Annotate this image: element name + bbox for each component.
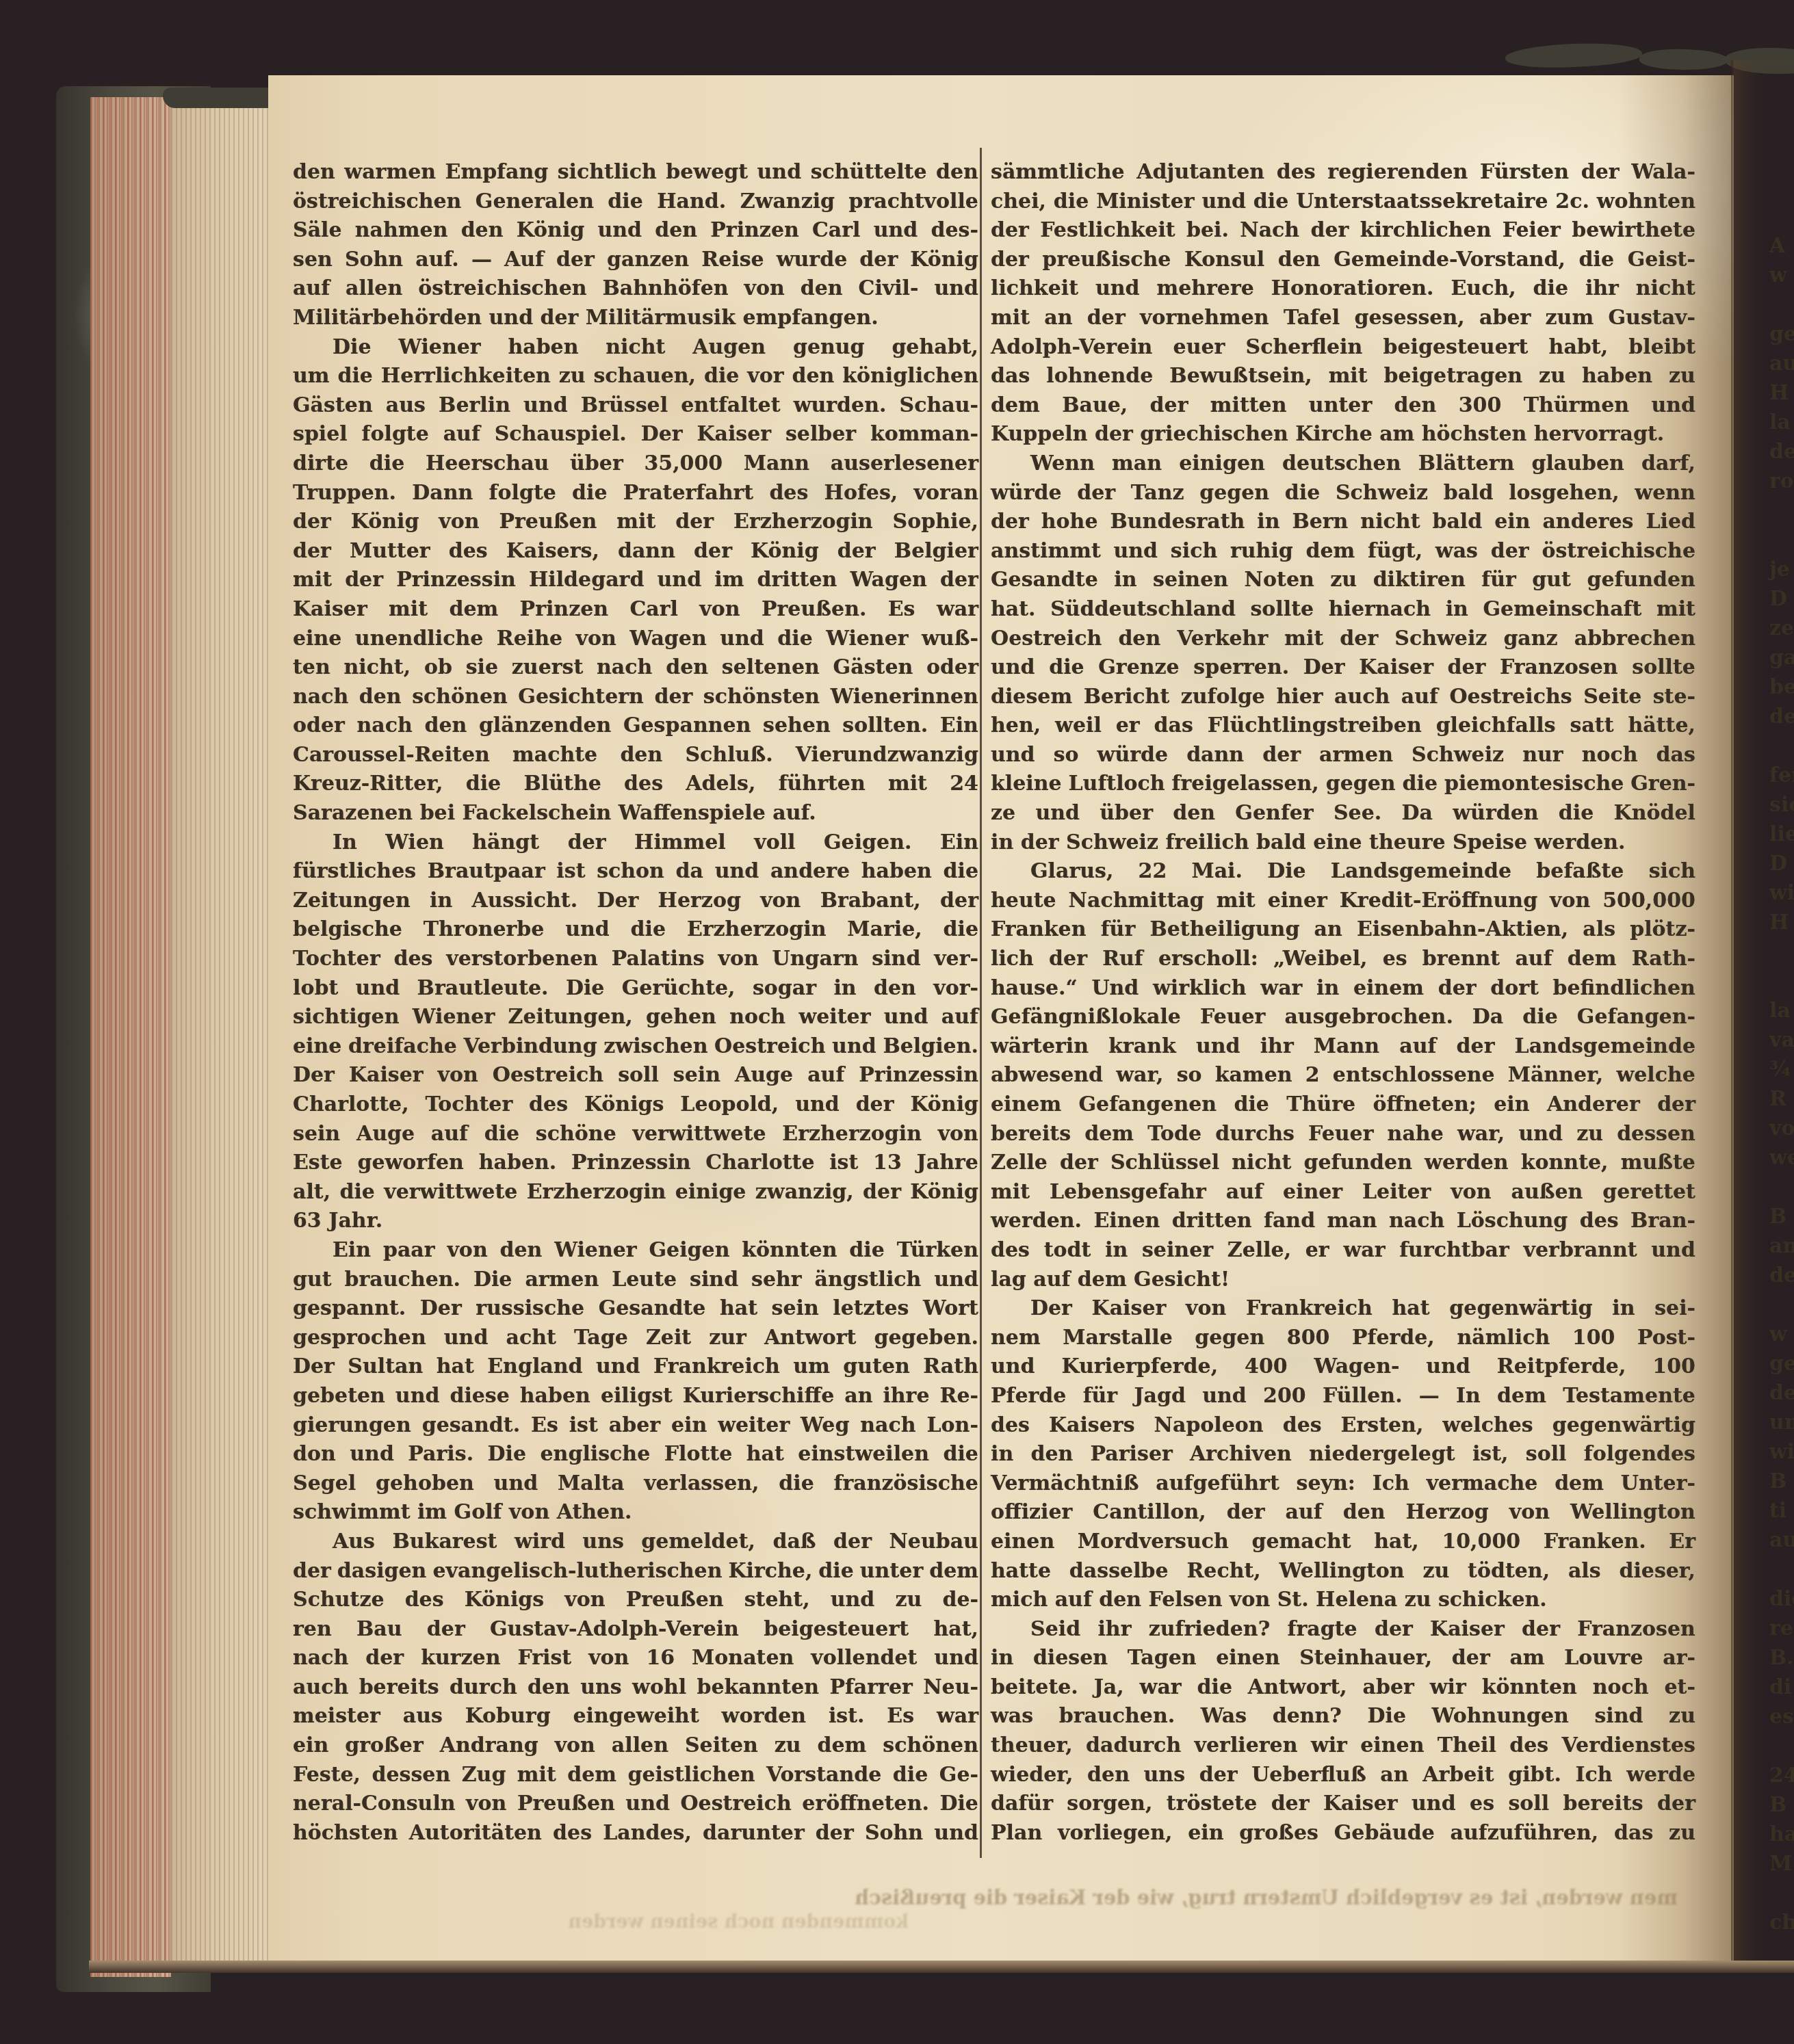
text-line: Truppen.DannfolgtediePraterfahrtdesHofes…	[293, 479, 978, 508]
text-line: gesprochenundachtTageZeitzurAntwortgegeb…	[293, 1324, 978, 1353]
text-line: umdieHerrlichkeitenzuschauen,dievordenkö…	[293, 362, 978, 391]
text-line: Estegeworfenhaben.PrinzessinCharlotteist…	[293, 1149, 978, 1178]
text-line: OestreichdenVerkehrmitderSchweizganzabbr…	[991, 625, 1695, 654]
text-line: indiesenTageneinenSteinhauer,deramLouvre…	[991, 1644, 1695, 1673]
next-page-line-fragment: D	[1769, 849, 1794, 878]
text-line: odernachdenglänzendenGespannensehensollt…	[293, 711, 978, 741]
text-line: TochterdesverstorbenenPalatinsvonUngarns…	[293, 945, 978, 974]
text-line: in der Schweiz freilich bald eine theure…	[991, 828, 1695, 858]
text-line: derMutterdesKaisers,dannderKönigderBelgi…	[293, 537, 978, 566]
next-page-line-fragment: M	[1769, 1849, 1794, 1878]
text-line: PferdefürJagdund200Füllen.—IndemTestamen…	[991, 1382, 1695, 1411]
next-page-line-fragment: H	[1769, 908, 1794, 937]
next-page-line-fragment: wi	[1769, 878, 1794, 908]
next-page-line-fragment: w	[1769, 1320, 1794, 1349]
next-page-line-fragment: de	[1769, 702, 1794, 731]
text-line: GästenausBerlinundBrüsselentfaltetwurden…	[293, 391, 978, 421]
cover-torn-edge	[1639, 48, 1729, 72]
next-page-line-fragment: vo	[1769, 1114, 1794, 1143]
text-line: höchstenAutoritätendesLandes,darunterder…	[293, 1819, 978, 1848]
text-line: nachdenschönenGesichternderschönstenWien…	[293, 683, 978, 712]
next-page-line-fragment	[1769, 1878, 1794, 1908]
text-line: Feste,dessenZugmitdemgeistlichenVorstand…	[293, 1761, 978, 1790]
next-page-line-fragment: au	[1769, 349, 1794, 378]
text-line: beitete.Ja,wardieAntwort,aberwirkönntenn…	[991, 1673, 1695, 1703]
text-line: EinpaarvondenWienerGeigenkönntendieTürke…	[293, 1236, 978, 1266]
next-page-line-fragment: la	[1769, 408, 1794, 437]
text-line: Caroussel-ReitenmachtedenSchluß.Vierundz…	[293, 741, 978, 770]
next-page-line-fragment	[1769, 937, 1794, 967]
text-line: Glarus,22Mai.DieLandsgemeindebefaßtesich	[991, 857, 1695, 887]
text-line: hat.SüddeutschlandsolltehiernachinGemein…	[991, 595, 1695, 625]
next-page-line-fragment: be	[1769, 672, 1794, 702]
next-page-line-fragment: di	[1769, 1673, 1794, 1702]
text-line: 63 Jahr.	[293, 1207, 978, 1236]
text-line: gutbrauchen.DiearmenLeutesindsehrängstli…	[293, 1266, 978, 1295]
text-line: InWienhängtderHimmelvollGeigen.Ein	[293, 828, 978, 858]
text-line: mitderPrinzessinHildegardundimdrittenWag…	[293, 566, 978, 595]
next-page-line-fragment: de	[1769, 1378, 1794, 1408]
text-line: einemGefangenendieThüreöffneten;einAnder…	[991, 1090, 1695, 1120]
next-page-line-fragment: 24	[1769, 1761, 1794, 1790]
next-page-line-fragment: B.	[1769, 1643, 1794, 1673]
next-page-line-fragment	[1769, 1290, 1794, 1320]
text-line: daslohnendeBewußtsein,mitbeigetragenzuha…	[991, 362, 1695, 391]
text-line: fürstlichesBrautpaaristschondaundandereh…	[293, 857, 978, 887]
next-page-line-fragment	[1769, 731, 1794, 761]
text-line: derpreußischeKonsuldenGemeinde-Vorstand,…	[991, 246, 1695, 275]
text-line: meisterausKoburgeingeweihtwordenist.Eswa…	[293, 1702, 978, 1731]
text-line: Seidihrzufrieden?fragtederKaiserderFranz…	[991, 1615, 1695, 1645]
next-page-line-fragment: B	[1769, 1790, 1794, 1820]
text-line: diesemBerichtzufolgehierauchaufOestreich…	[991, 683, 1695, 712]
next-page-line-fragment: ¾	[1769, 1055, 1794, 1084]
next-page-line-fragment: ro	[1769, 467, 1794, 496]
text-line: KaisermitdemPrinzenCarlvonPreußen.Eswar	[293, 595, 978, 625]
page-fore-edges-cream	[171, 104, 271, 1973]
next-page-line-fragment: A	[1769, 231, 1794, 261]
text-line: DerSultanhatEnglandundFrankreichumgutenR…	[293, 1352, 978, 1382]
text-line: derhoheBundesrathinBernnichtbaldeinander…	[991, 508, 1695, 537]
text-line: tennicht,obsiezuerstnachdenseltenenGäste…	[293, 653, 978, 683]
text-line: sämmtlicheAdjutantendesregierendenFürste…	[991, 158, 1695, 187]
text-line: eingroßerAndrangvonallenSeitenzudemschön…	[293, 1731, 978, 1761]
next-page-line-fragment: es	[1769, 1702, 1794, 1731]
text-line: einedreifacheVerbindungzwischenOestreich…	[293, 1032, 978, 1062]
text-line: heuteNachmittagmiteinerKredit-Eröffnungv…	[991, 887, 1695, 916]
text-line: Sarazenen bei Fackelschein Waffenspiele …	[293, 799, 978, 828]
next-page-line-fragment: w	[1769, 261, 1794, 290]
page-bottom-edge	[89, 1961, 1794, 1973]
next-page-line-fragment: lie	[1769, 820, 1794, 849]
next-page-line-fragment: au	[1769, 1525, 1794, 1555]
text-column-left: denwarmenEmpfangsichtlichbewegtundschütt…	[293, 158, 978, 1848]
next-page-line-fragment: B	[1769, 1467, 1794, 1496]
next-page-line-fragment: we	[1769, 1143, 1794, 1172]
text-line: einenMordversuchgemachthat,10,000Franken…	[991, 1528, 1695, 1557]
text-line: renBauderGustav-Adolph-Vereinbeigesteuer…	[293, 1615, 978, 1645]
text-line: FrankenfürBetheiligunganEisenbahn-Aktien…	[991, 915, 1695, 945]
text-line: gebetenunddiesehabeneiligstKurierschiffe…	[293, 1382, 978, 1411]
next-page-line-fragment	[1769, 1172, 1794, 1202]
next-page-line-fragment: ge	[1769, 1349, 1794, 1378]
next-page-line-fragment: ze	[1769, 614, 1794, 643]
text-line: ZellederSchlüsselnichtgefundenwerdenkonn…	[991, 1149, 1695, 1178]
text-line: spielfolgteaufSchauspiel.DerKaiserselber…	[293, 420, 978, 449]
book-scan: denwarmenEmpfangsichtlichbewegtundschütt…	[0, 0, 1794, 2044]
text-line: dirtedieHeerschauüber35,000Mannauserlese…	[293, 449, 978, 479]
next-page-line-fragment: die	[1769, 1584, 1794, 1614]
text-line: hause.“Undwirklichwarineinemderdortbefin…	[991, 974, 1695, 1004]
text-line: eineunendlicheReihevonWagenunddieWienerw…	[293, 625, 978, 654]
text-line: hattedasselbeRecht,Wellingtonzutödten,al…	[991, 1557, 1695, 1586]
showthrough-text-faint: kommenden noch seinen werden	[293, 1909, 909, 1936]
text-line: seinAugeaufdieschöneverwittweteErzherzog…	[293, 1120, 978, 1149]
next-page-line-fragment: ga	[1769, 643, 1794, 672]
text-line: Planvorliegen,eingroßesGebäudeaufzuführe…	[991, 1819, 1695, 1848]
next-page-line-fragment	[1769, 290, 1794, 319]
text-line: lichkeitundmehrereHonoratioren.Euch,diei…	[991, 274, 1695, 304]
text-line: GefängnißlokaleFeuerausgebrochen.DadieGe…	[991, 1003, 1695, 1032]
text-line: AusBukarestwirdunsgemeldet,daßderNeubau	[293, 1528, 978, 1557]
text-line: desKaisersNapoleondesErsten,welchesgegen…	[991, 1411, 1695, 1441]
next-page-line-fragment: ch	[1769, 1908, 1794, 1937]
text-line: offizierCantillon,deraufdenHerzogvonWell…	[991, 1498, 1695, 1528]
next-page-line-fragments: AwgeauHladerojeDzegabedefersiclieDwiHlav…	[1769, 231, 1794, 1937]
cover-torn-edge	[1505, 40, 1643, 70]
text-line: SälenahmendenKönigunddenPrinzenCarlundde…	[293, 216, 978, 246]
text-line: auchbereitsdurchdenunswohlbekanntenPfarr…	[293, 1673, 978, 1703]
text-line: Militärbehörden und der Militärmusik emp…	[293, 304, 978, 333]
text-line: dafürsorgen,tröstetederKaiserundessollbe…	[991, 1790, 1695, 1819]
text-line: nemMarstallegegen800Pferde,nämlich100Pos…	[991, 1324, 1695, 1353]
text-line: kleineLuftlochfreigelassen,gegendiepiemo…	[991, 770, 1695, 799]
text-line: demBaue,dermittenunterden300Thürmenund	[991, 391, 1695, 421]
next-page-line-fragment: ge	[1769, 319, 1794, 349]
text-line: zeundüberdenGenferSee.DawürdendieKnödel	[991, 799, 1695, 828]
text-line: wasbrauchen.Wasdenn?DieWohnungensindzu	[991, 1702, 1695, 1731]
next-page-line-fragment: de	[1769, 1261, 1794, 1290]
next-page-line-fragment: la	[1769, 996, 1794, 1025]
next-page-line-fragment: ti	[1769, 1496, 1794, 1525]
next-page-line-fragment: sic	[1769, 790, 1794, 820]
text-line: WennmaneinigendeutschenBlätternglaubenda…	[991, 449, 1695, 479]
text-line: hen,weilerdasFlüchtlingstreibengleichfal…	[991, 711, 1695, 741]
next-page-line-fragment	[1769, 1731, 1794, 1761]
text-line: neral-ConsulnvonPreußenundOestreicheröff…	[293, 1790, 978, 1819]
text-line: denwarmenEmpfangsichtlichbewegtundschütt…	[293, 158, 978, 187]
text-line: undsowürdedannderarmenSchweiznurnochdas	[991, 741, 1695, 770]
text-line: mitandervornehmenTafelgesessen,aberzumGu…	[991, 304, 1695, 333]
next-page-line-fragment: je	[1769, 555, 1794, 584]
text-line: Kuppeln der griechischen Kirche am höchs…	[991, 420, 1695, 449]
text-line: DerKaiservonFrankreichhatgegenwärtiginse…	[991, 1294, 1695, 1324]
text-line: derdasigenevangelisch-lutherischenKirche…	[293, 1557, 978, 1586]
next-page-line-fragment: wi	[1769, 1437, 1794, 1467]
text-line: destodtinseinerZelle,erwarfurchtbarverbr…	[991, 1236, 1695, 1266]
text-line: anstimmtundsichruhigdemfügt,wasderöstrei…	[991, 537, 1695, 566]
text-line: GesandteinseinenNotenzudiktirenfürgutgef…	[991, 566, 1695, 595]
next-page-line-fragment: R	[1769, 1084, 1794, 1114]
next-page-line-fragment	[1769, 967, 1794, 996]
text-line: undKurierpferde,400Wagen-undReitpferde,1…	[991, 1352, 1695, 1382]
text-line: derFestlichkeitbei.NachderkirchlichenFei…	[991, 216, 1695, 246]
next-page-line-fragment: va	[1769, 1025, 1794, 1055]
text-line: theuer,dadurchverlierenwireinenTheildesV…	[991, 1731, 1695, 1761]
text-line: donundParis.DieenglischeFlottehateinstwe…	[293, 1440, 978, 1469]
text-line: SchutzedesKönigsvonPreußensteht,undzude-	[293, 1586, 978, 1615]
column-divider	[980, 148, 982, 1858]
text-line: mitLebensgefahraufeinerLeitervonaußenger…	[991, 1178, 1695, 1207]
text-line: derKönigvonPreußenmitderErzherzoginSophi…	[293, 508, 978, 537]
text-line: schwimmt im Golf von Athen.	[293, 1498, 978, 1528]
text-line: sichtigenWienerZeitungen,gehennochweiter…	[293, 1003, 978, 1032]
text-column-right: sämmtlicheAdjutantendesregierendenFürste…	[991, 158, 1695, 1848]
text-line: Adolph-VereineuerScherfleinbeigesteuerth…	[991, 333, 1695, 363]
text-line: Kreuz-Ritter,dieBlüthedesAdels,führtenmi…	[293, 770, 978, 799]
next-page-line-fragment: un	[1769, 1408, 1794, 1437]
text-line: Charlotte,TochterdesKönigsLeopold,undder…	[293, 1090, 978, 1120]
text-line: gierungengesandt.EsistabereinweiterWegna…	[293, 1411, 978, 1441]
next-page-line-fragment: re	[1769, 1614, 1794, 1643]
next-page-line-fragment: B	[1769, 1202, 1794, 1231]
text-line: Vermächtnißaufgeführtseyn:Ichvermachedem…	[991, 1469, 1695, 1499]
text-line: alt,dieverwittweteErzherzogineinigezwanz…	[293, 1178, 978, 1207]
next-page-line-fragment: D	[1769, 584, 1794, 614]
text-line: gespannt.DerrussischeGesandtehatseinletz…	[293, 1294, 978, 1324]
text-line: bereitsdemTodedurchsFeuernahewar,undzude…	[991, 1120, 1695, 1149]
text-line: SegelgehobenundMaltaverlassen,diefranzös…	[293, 1469, 978, 1499]
text-line: DieWienerhabennichtAugengenuggehabt,	[293, 333, 978, 363]
text-line: mich auf den Felsen von St. Helena zu sc…	[991, 1586, 1695, 1615]
text-line: unddieGrenzesperren.DerKaiserderFranzose…	[991, 653, 1695, 683]
text-line: senSohnauf.—AufderganzenReisewurdederKön…	[293, 246, 978, 275]
text-line: lichderRuferscholl:„Weibel,esbrenntaufde…	[991, 945, 1695, 974]
text-line: werden.EinendrittenfandmannachLöschungde…	[991, 1207, 1695, 1236]
text-line: wärterinkrankundihrMannaufderLandsgemein…	[991, 1032, 1695, 1062]
text-line: belgischeThronerbeunddieErzherzoginMarie…	[293, 915, 978, 945]
text-line: aufallenöstreichischenBahnhöfenvondenCiv…	[293, 274, 978, 304]
next-page-line-fragment	[1769, 496, 1794, 525]
text-line: nachderkurzenFristvon16Monatenvollendetu…	[293, 1644, 978, 1673]
next-page-line-fragment	[1769, 1555, 1794, 1584]
text-line: indenPariserArchivenniedergelegtist,soll…	[991, 1440, 1695, 1469]
text-line: chei,dieMinisterunddieUnterstaatssekreta…	[991, 187, 1695, 217]
next-page-line-fragment	[1769, 525, 1794, 555]
page-fore-edges-red	[90, 97, 171, 1977]
next-page-line-fragment: H	[1769, 378, 1794, 408]
text-line: würdederTanzgegendieSchweizbaldlosgehen,…	[991, 479, 1695, 508]
text-line: östreichischenGeneralendieHand.Zwanzigpr…	[293, 187, 978, 217]
next-page-line-fragment: de	[1769, 437, 1794, 467]
text-line: wieder,denunsderUeberflußanArbeitgibt.Ic…	[991, 1761, 1695, 1790]
text-line: lobtundBrautleute.DieGerüchte,sogarinden…	[293, 974, 978, 1004]
text-line: DerKaiservonOestreichsollseinAugeaufPrin…	[293, 1061, 978, 1090]
text-line: lag auf dem Gesicht!	[991, 1266, 1695, 1295]
text-line: abwesendwar,sokamen2entschlosseneMänner,…	[991, 1061, 1695, 1090]
text-line: ZeitungeninAussicht.DerHerzogvonBrabant,…	[293, 887, 978, 916]
next-page-line-fragment: ha	[1769, 1820, 1794, 1849]
next-page-line-fragment: am	[1769, 1231, 1794, 1261]
next-page-line-fragment: fer	[1769, 761, 1794, 790]
